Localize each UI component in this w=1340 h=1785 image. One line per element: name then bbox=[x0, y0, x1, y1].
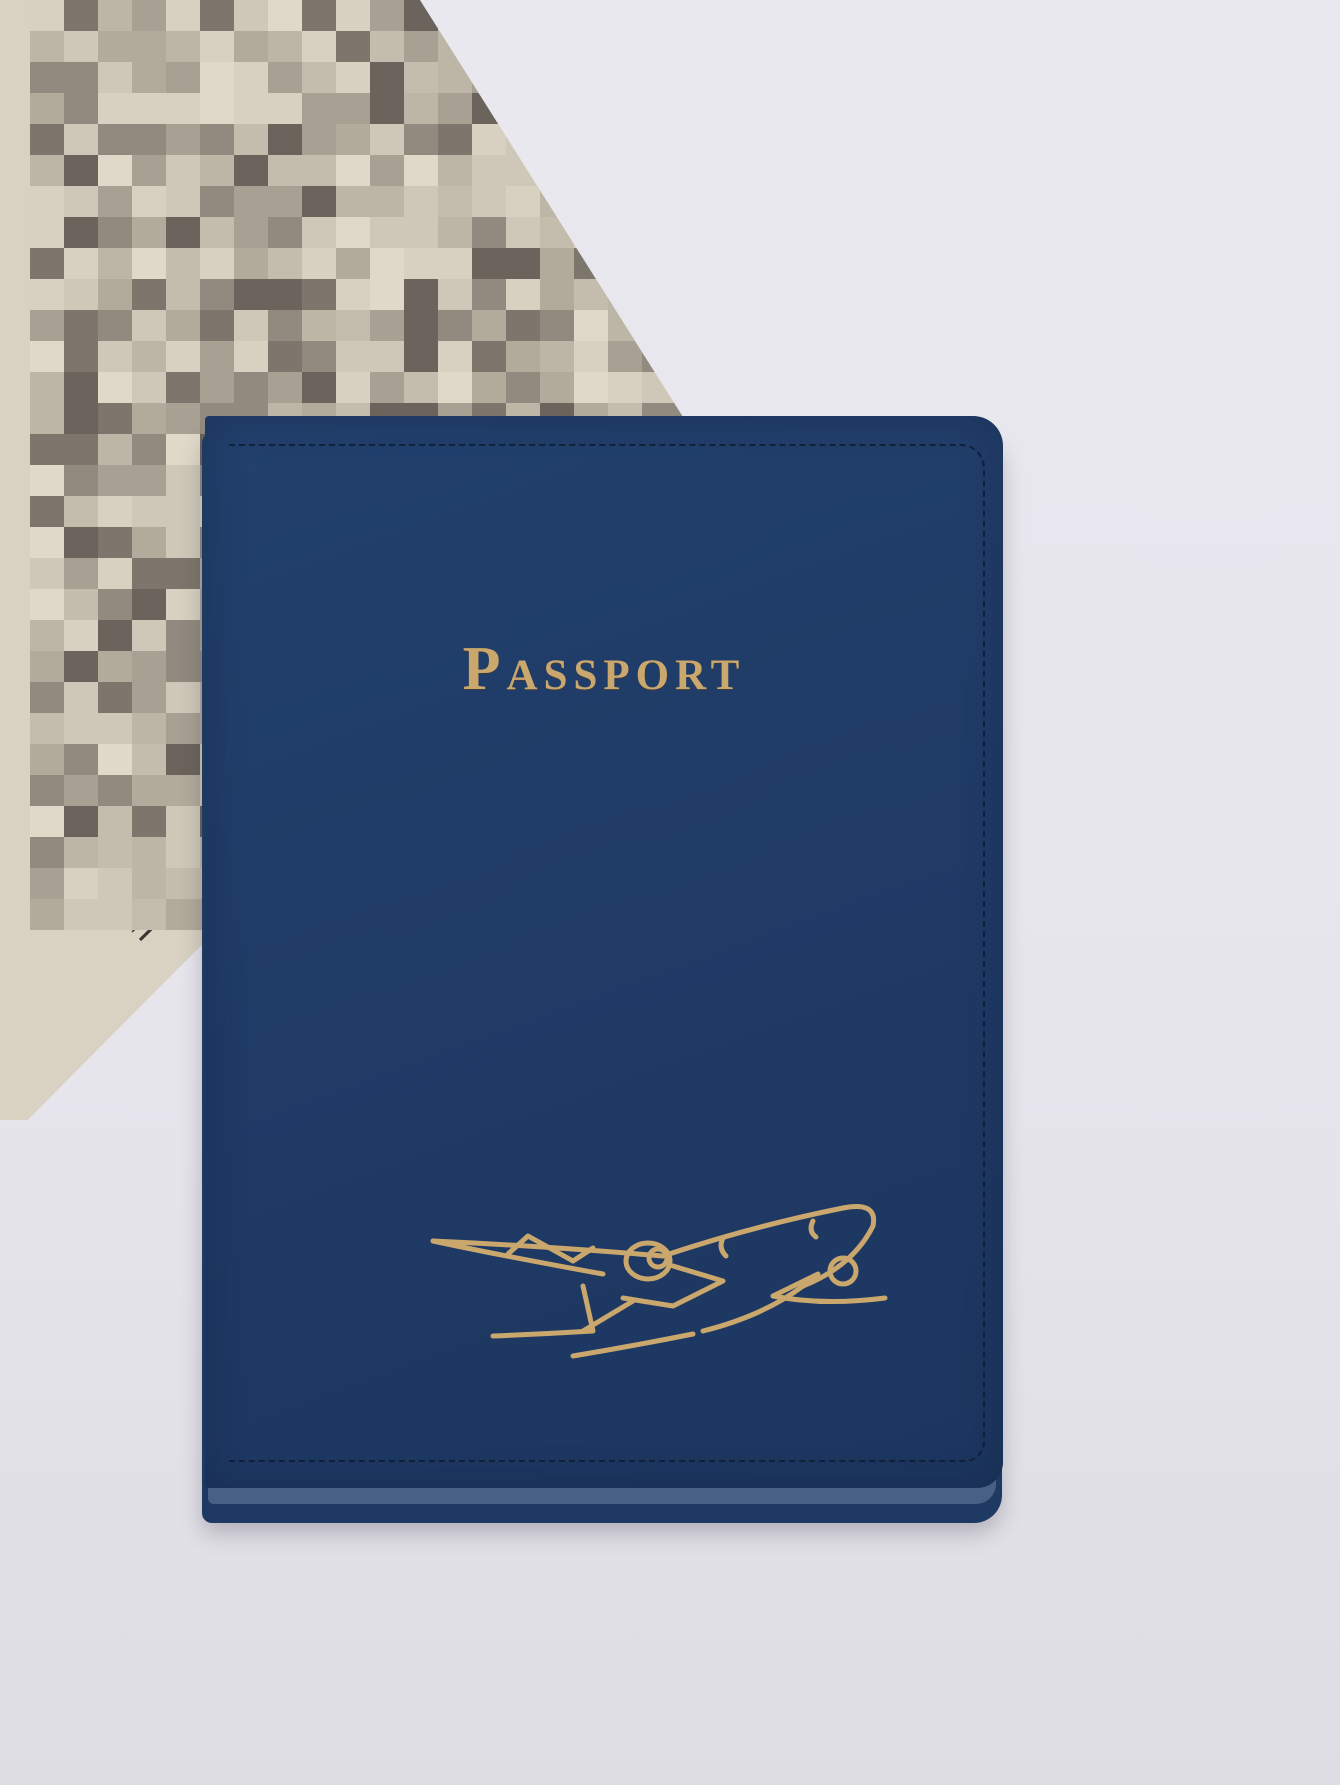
airplane-icon bbox=[423, 1186, 893, 1366]
product-photo: Passport bbox=[0, 0, 1340, 1785]
passport-title: Passport bbox=[205, 634, 1003, 705]
passport-cover: Passport bbox=[205, 416, 1003, 1488]
